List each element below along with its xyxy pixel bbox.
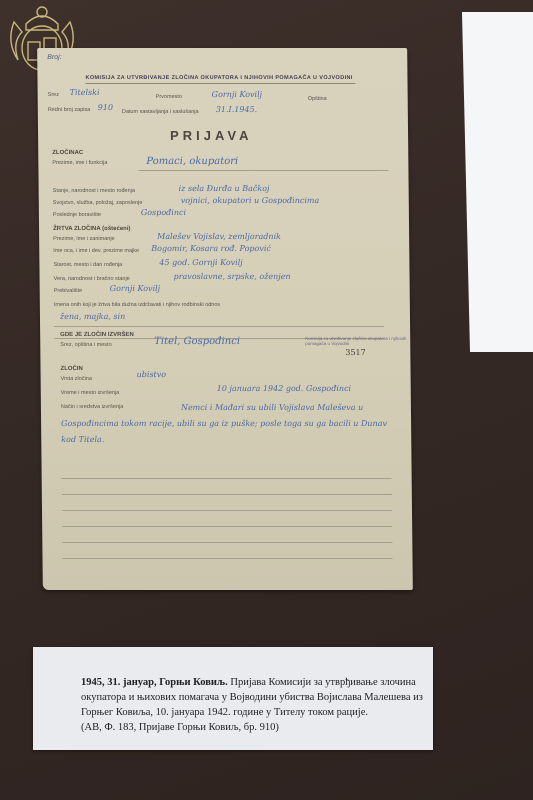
field-label: Ime oca, i ime i dev. prezime majke xyxy=(53,248,139,254)
caption-source: (АВ, Ф. 183, Пријаве Горњи Ковиљ, бр. 91… xyxy=(81,722,279,733)
field-label: Stanje, narodnost i mesto rođenja xyxy=(53,188,135,194)
field-label: Prezime, ime i zanimanje xyxy=(53,236,115,242)
field-value: ubistvo xyxy=(137,370,167,379)
form-title: PRIJAVA xyxy=(170,128,253,143)
field-label-redni-broj: Redni broj zapisa xyxy=(48,107,91,113)
field-value: Titel, Gospođinci xyxy=(154,336,240,347)
field-label-opstina: Opština xyxy=(308,96,327,102)
field-label: Svojstvo, služba, položaj, zaposlenje xyxy=(53,200,143,206)
field-label-prvomesto: Prvomesto xyxy=(156,94,182,100)
field-label-srez: Srez xyxy=(48,92,59,98)
field-value-method: Nemci i Mađari su ubili Vojislava Maleše… xyxy=(61,400,397,448)
field-value-srez: Titelski xyxy=(70,88,100,97)
field-value: iz sela Đurđa u Bačkoj xyxy=(179,184,270,193)
field-value: Pomaci, okupatori xyxy=(146,156,238,167)
field-value-redni-broj: 910 xyxy=(98,103,113,112)
section-heading-location: GDE JE ZLOČIN IZVRŠEN xyxy=(60,332,134,338)
light-glare xyxy=(462,12,533,352)
field-label: Poslednje boravište xyxy=(53,212,101,218)
field-value: 45 god. Gornji Kovilj xyxy=(159,258,242,267)
field-value: Malešev Vojislav, zemljoradnik xyxy=(157,232,281,241)
commission-stamp: Komisija za utvrđivanje zločina okupator… xyxy=(305,336,410,346)
field-label: Srez, opština i mesto xyxy=(60,342,111,348)
field-value: pravoslavne, srpske, oženjen xyxy=(174,272,291,281)
field-value: vojnici, okupatori u Gospođincima xyxy=(181,196,320,205)
corner-note: Broj: xyxy=(47,54,61,61)
form-header: KOMISIJA ZA UTVRĐIVANJE ZLOČINA OKUPATOR… xyxy=(85,75,355,84)
field-label-datum: Datum sastavljanja i saslušanja xyxy=(122,109,199,115)
archival-report-form: Broj: KOMISIJA ZA UTVRĐIVANJE ZLOČINA OK… xyxy=(37,48,413,590)
field-label: Vreme i mesto izvršenja xyxy=(61,390,120,396)
field-value-prvomesto: Gornji Kovilj xyxy=(212,90,263,99)
field-value: Gornji Kovilj xyxy=(110,284,161,293)
section-heading-crime: ZLOČIN xyxy=(60,366,82,372)
field-value-datum: 31.I.1945. xyxy=(216,105,257,114)
field-label: Vrsta zločina xyxy=(61,376,92,382)
field-value: Bogomir, Kosara rođ. Popović xyxy=(151,244,271,253)
field-value: žena, majka, sin xyxy=(60,312,125,321)
stamp-number: 3517 xyxy=(345,348,365,357)
caption-text: 1945, 31. јануар, Горњи Ковиљ. Пријава К… xyxy=(81,675,426,735)
section-heading-victim: ŽRTVA ZLOČINA (oštećeni) xyxy=(53,226,131,232)
field-label: Imena onih koji je žrtva bila dužna izdr… xyxy=(54,302,220,308)
caption-date-place: 1945, 31. јануар, Горњи Ковиљ. xyxy=(81,677,228,688)
section-heading-perpetrator: ZLOČINAC xyxy=(52,150,83,156)
field-label: Prebivalište xyxy=(54,288,83,294)
exhibit-caption-card: 1945, 31. јануар, Горњи Ковиљ. Пријава К… xyxy=(33,647,433,750)
field-label: Starost, mesto i dan rođenja xyxy=(53,262,122,268)
field-label: Prezime, ime i funkcija xyxy=(52,160,107,166)
field-value: 10 januara 1942 god. Gospođinci xyxy=(217,384,351,393)
field-value: Gospođinci xyxy=(141,208,186,217)
field-label: Vera, narodnost i bračno stanje xyxy=(54,276,130,282)
